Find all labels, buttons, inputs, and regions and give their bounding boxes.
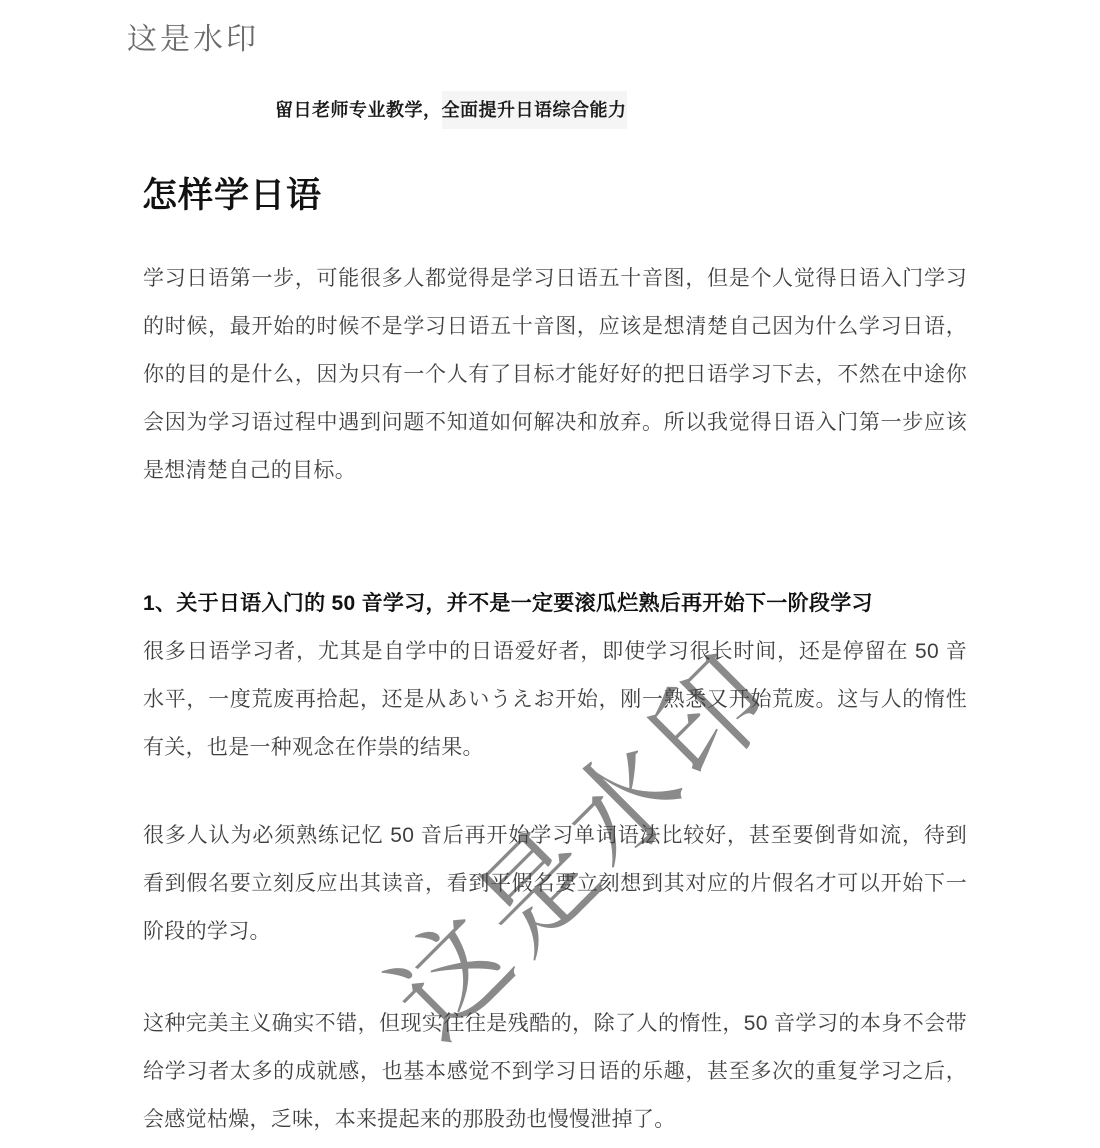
paragraph-2: 很多日语学习者，尤其是自学中的日语爱好者，即使学习很长时间，还是停留在 50 音…	[143, 628, 967, 772]
document-subtitle: 留日老师专业教学，全面提升日语综合能力	[275, 96, 627, 122]
page-title: 怎样学日语	[142, 168, 322, 218]
paragraph-3: 很多人认为必须熟练记忆 50 音后再开始学习单词语法比较好，甚至要倒背如流，待到…	[143, 812, 967, 956]
document-page: 这是水印 这是水印 留日老师专业教学，全面提升日语综合能力 怎样学日语 学习日语…	[0, 0, 1100, 1148]
subtitle-prefix: 留日老师专业教学，	[275, 100, 442, 120]
section-heading-1: 1、关于日语入门的 50 音学习，并不是一定要滚瓜烂熟后再开始下一阶段学习	[143, 580, 967, 628]
subtitle-highlighted: 全面提升日语综合能力	[442, 100, 627, 120]
paragraph-intro: 学习日语第一步，可能很多人都觉得是学习日语五十音图，但是个人觉得日语入门学习的时…	[143, 255, 967, 495]
paragraph-4: 这种完美主义确实不错，但现实往往是残酷的，除了人的惰性，50 音学习的本身不会带…	[143, 1000, 967, 1144]
corner-watermark-text: 这是水印	[127, 14, 259, 58]
